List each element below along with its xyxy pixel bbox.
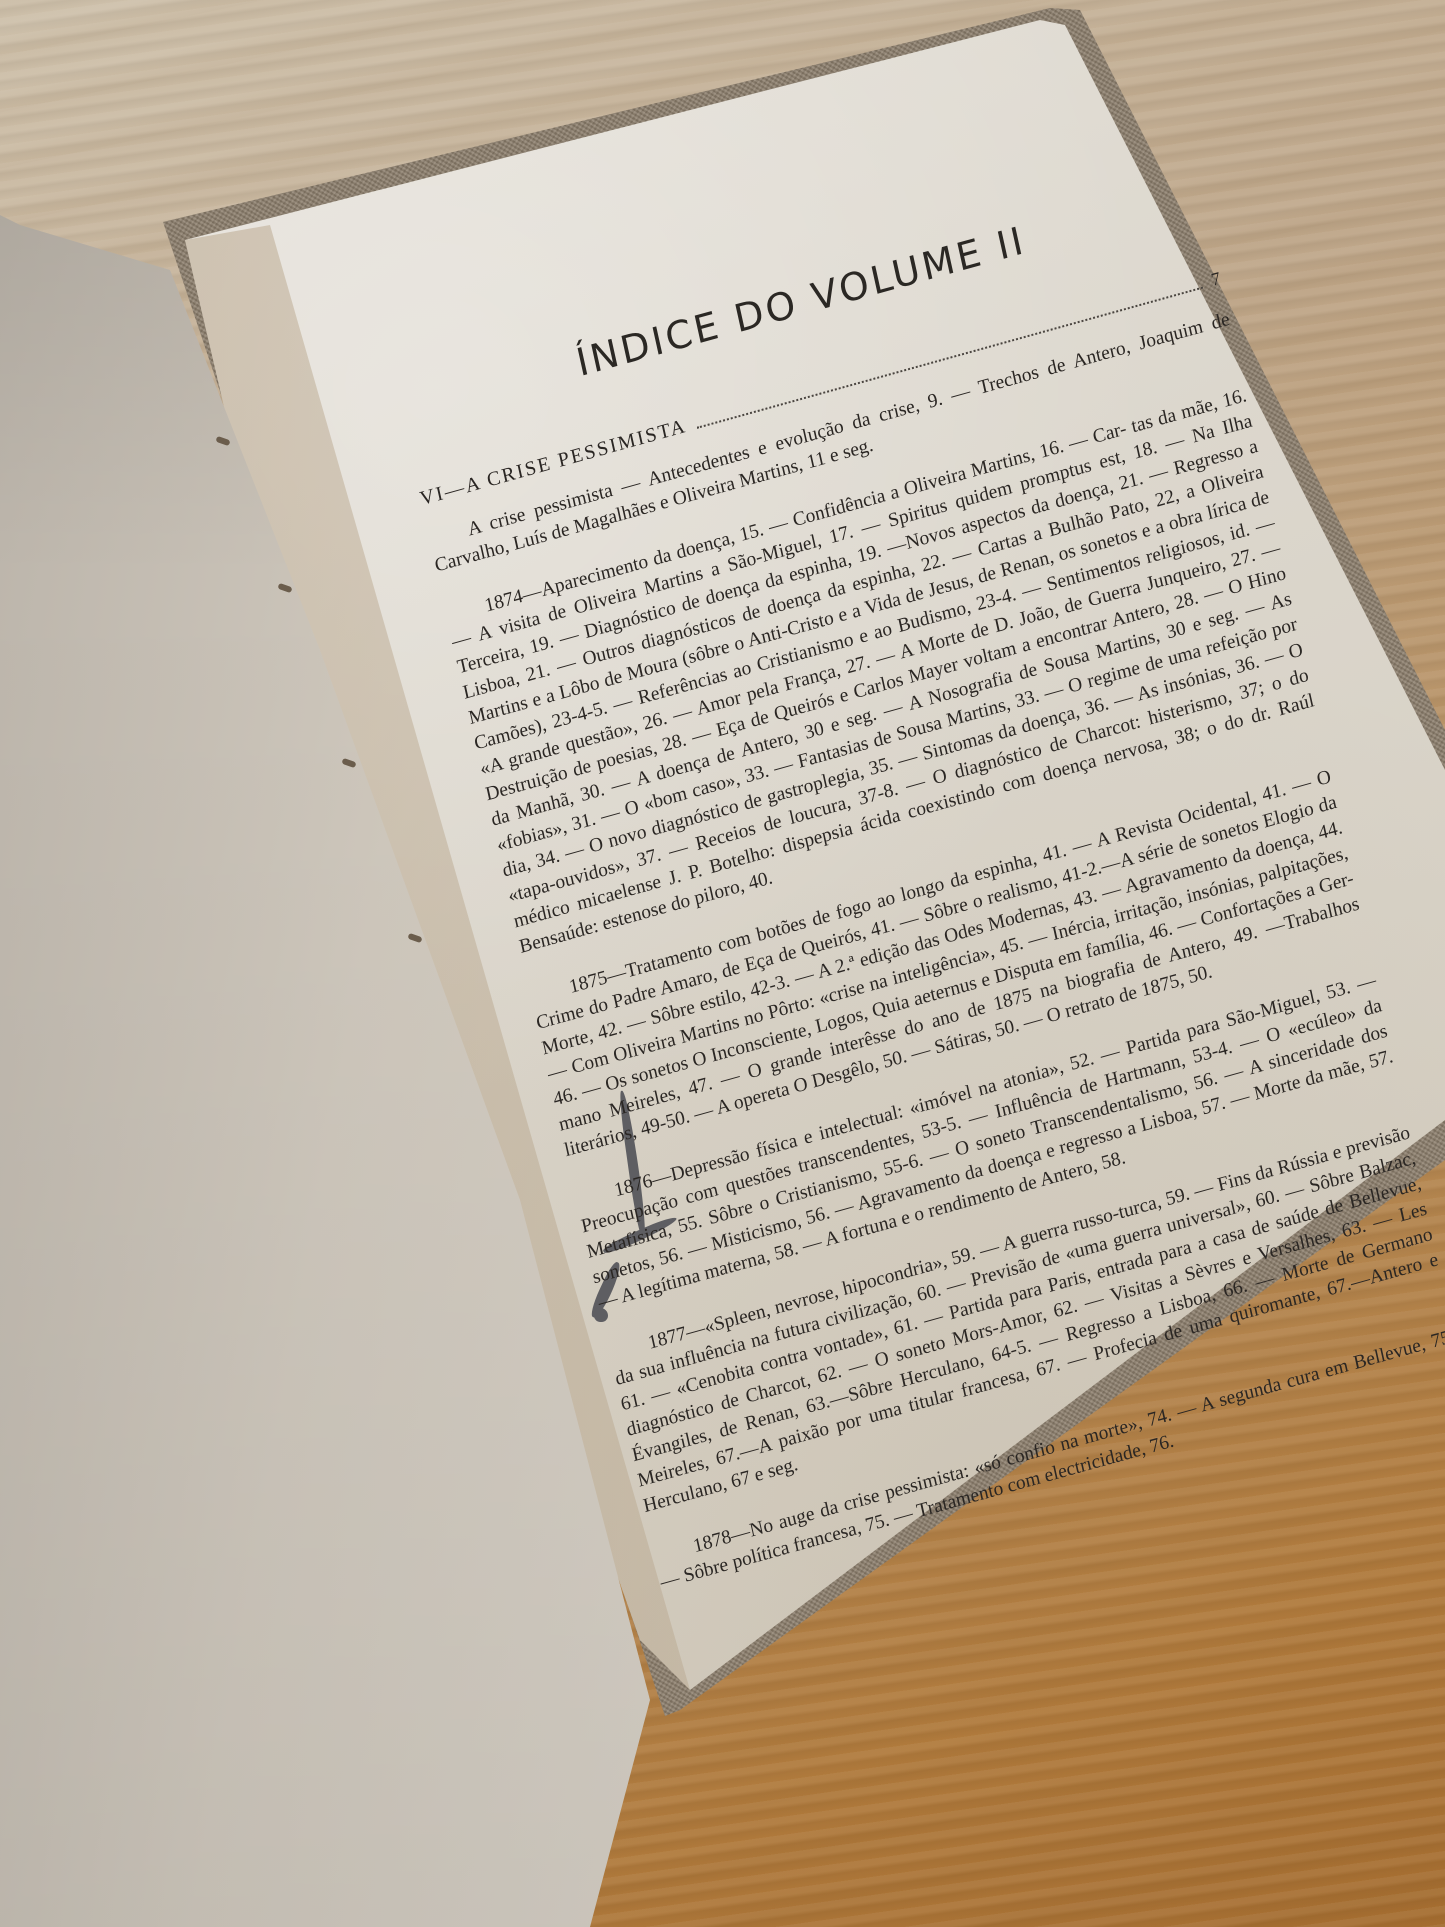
photo-scene: ÍNDICE DO VOLUME II VI—A CRISE PESSIMIST…: [0, 0, 1445, 1927]
